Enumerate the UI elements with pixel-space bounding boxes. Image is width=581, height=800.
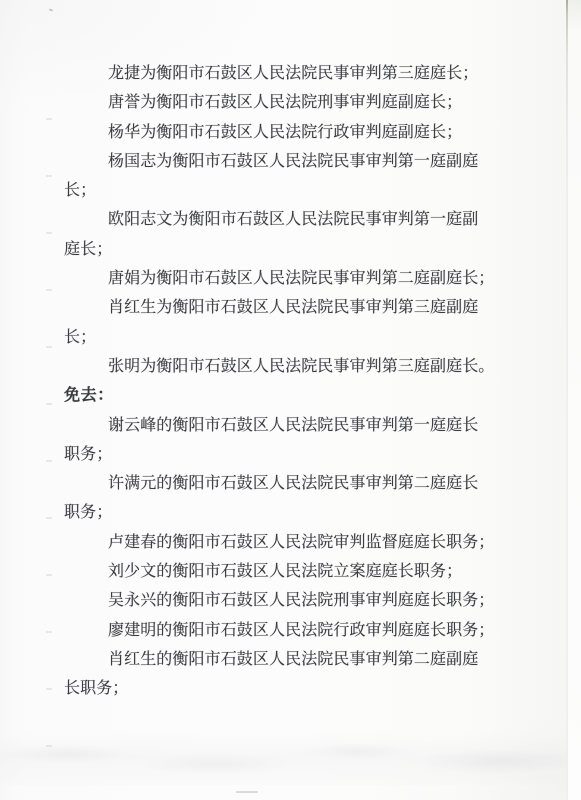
text-line: 许满元的衡阳市石鼓区人民法院民事审判第二庭庭长 bbox=[64, 469, 514, 498]
text-line: 卢建春的衡阳市石鼓区人民法院审判监督庭庭长职务； bbox=[64, 528, 514, 557]
scan-margin-marks bbox=[46, 118, 52, 768]
text-line: 职务； bbox=[64, 498, 514, 527]
text-line: 龙捷为衡阳市石鼓区人民法院民事审判第三庭庭长； bbox=[64, 59, 514, 88]
text-line: 杨华为衡阳市石鼓区人民法院行政审判庭副庭长； bbox=[64, 118, 514, 147]
text-line: 唐誉为衡阳市石鼓区人民法院刑事审判庭副庭长； bbox=[64, 88, 514, 117]
scan-artifact-dash bbox=[236, 791, 258, 793]
document-body: 龙捷为衡阳市石鼓区人民法院民事审判第三庭庭长；唐誉为衡阳市石鼓区人民法院刑事审判… bbox=[64, 59, 514, 704]
text-line: 吴永兴的衡阳市石鼓区人民法院刑事审判庭庭长职务； bbox=[64, 586, 514, 615]
text-line: 长； bbox=[64, 176, 514, 205]
text-line: 庭长； bbox=[64, 235, 514, 264]
text-line: 张明为衡阳市石鼓区人民法院民事审判第三庭副庭长。 bbox=[64, 352, 514, 381]
text-line: 长职务； bbox=[64, 674, 514, 703]
text-line: 廖建明的衡阳市石鼓区人民法院行政审判庭庭长职务； bbox=[64, 616, 514, 645]
text-line: 刘少文的衡阳市石鼓区人民法院立案庭庭长职务； bbox=[64, 557, 514, 586]
scan-shadow-bottom bbox=[0, 733, 567, 785]
text-line: 职务； bbox=[64, 440, 514, 469]
scanner-background-strip bbox=[568, 0, 581, 800]
scan-speckle bbox=[49, 8, 53, 11]
scanned-page: 龙捷为衡阳市石鼓区人民法院民事审判第三庭庭长；唐誉为衡阳市石鼓区人民法院刑事审判… bbox=[0, 0, 581, 800]
text-line: 唐娟为衡阳市石鼓区人民法院民事审判第二庭副庭长； bbox=[64, 264, 514, 293]
text-line: 欧阳志文为衡阳市石鼓区人民法院民事审判第一庭副 bbox=[64, 205, 514, 234]
section-heading: 免去： bbox=[64, 381, 514, 410]
text-line: 杨国志为衡阳市石鼓区人民法院民事审判第一庭副庭 bbox=[64, 147, 514, 176]
text-line: 肖红生为衡阳市石鼓区人民法院民事审判第三庭副庭 bbox=[64, 293, 514, 322]
text-line: 长； bbox=[64, 323, 514, 352]
text-line: 谢云峰的衡阳市石鼓区人民法院民事审判第一庭庭长 bbox=[64, 411, 514, 440]
text-line: 肖红生的衡阳市石鼓区人民法院民事审判第二庭副庭 bbox=[64, 645, 514, 674]
